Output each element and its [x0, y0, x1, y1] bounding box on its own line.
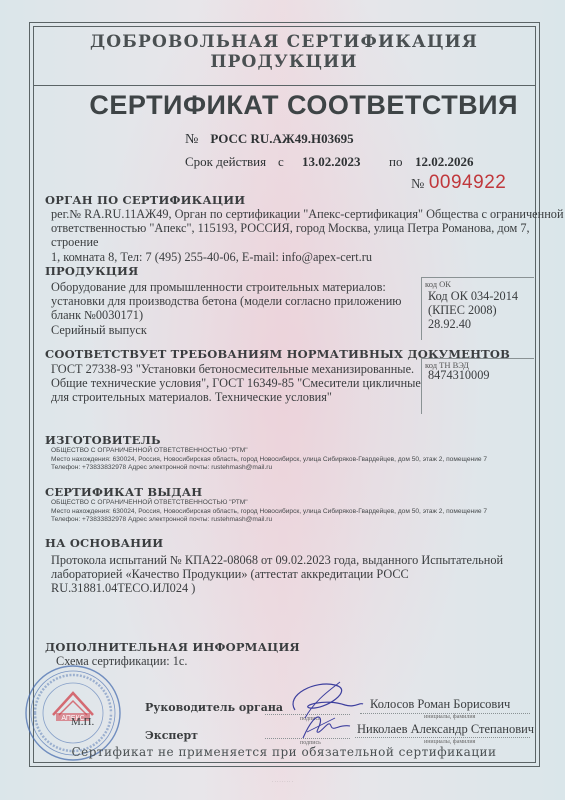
certificate-number-value: РОСС RU.АЖ49.Н03695	[210, 131, 353, 146]
blank-printer-imprint: · · · · · · · · ·	[0, 779, 565, 784]
issued-to-heading: СЕРТИФИКАТ ВЫДАН	[45, 485, 202, 499]
compliance-line: ГОСТ 27338-93 "Установки бетоносмеситель…	[51, 362, 421, 376]
certification-body-line: 1, комната 8, Тел: 7 (495) 255-40-06, E-…	[51, 250, 565, 264]
product-text: Оборудование для промышленности строител…	[51, 280, 402, 337]
certificate-title: СЕРТИФИКАТ СООТВЕТСТВИЯ	[33, 90, 518, 121]
ok-code-label: код ОК	[422, 278, 534, 289]
tnved-code-value: 8474310009	[422, 370, 534, 381]
certification-body-line: ответственностью "Апекс", 115193, РОССИЯ…	[51, 221, 565, 249]
serial-sign: №	[411, 177, 425, 192]
ok-code-box: код ОК Код ОК 034-2014 (КПЕС 2008) 28.92…	[421, 277, 534, 340]
certification-body-line: рег.№ RA.RU.11АЖ49, Орган по сертификаци…	[51, 207, 565, 221]
issued-to-line: Телефон: +73833832978 Адрес электронной …	[51, 516, 487, 525]
product-line: установки для производства бетона (модел…	[51, 294, 402, 308]
head-name-caption: инициалы, фамилия	[424, 714, 475, 720]
basis-line: лабораторией «Качество Продукции» (аттес…	[51, 567, 503, 581]
tnved-code-box: код ТН ВЭД 8474310009	[421, 358, 534, 414]
head-of-body-label: Руководитель органа	[145, 701, 283, 714]
basis-text: Протокола испытаний № КПА22-08068 от 09.…	[51, 553, 503, 596]
manufacturer-line: Телефон: +73833832978 Адрес электронной …	[51, 464, 487, 473]
compliance-line: для строительных материалов. Технические…	[51, 390, 421, 404]
product-line: бланк №0030171)	[51, 308, 402, 322]
basis-heading: НА ОСНОВАНИИ	[45, 536, 163, 550]
manufacturer-line: Место нахождения: 630024, Россия, Новоси…	[51, 456, 487, 465]
expert-signature-icon	[295, 712, 355, 742]
manufacturer-line: ОБЩЕСТВО С ОГРАНИЧЕННОЙ ОТВЕТСТВЕННОСТЬЮ…	[51, 447, 487, 456]
valid-to-date: 12.02.2026	[415, 154, 474, 170]
validity-label: Срок действия	[185, 154, 266, 170]
certification-body-text: рег.№ RA.RU.11АЖ49, Орган по сертификаци…	[51, 207, 565, 264]
number-sign: №	[185, 132, 198, 147]
issued-to-line: ОБЩЕСТВО С ОГРАНИЧЕННОЙ ОТВЕТСТВЕННОСТЬЮ…	[51, 499, 487, 508]
expert-name-line	[355, 737, 530, 738]
blank-serial-number: №0094922	[411, 172, 506, 194]
compliance-line: Общие технические условия", ГОСТ 16349-8…	[51, 376, 421, 390]
certificate-number: №РОСС RU.АЖ49.Н03695	[185, 131, 354, 148]
product-line: Оборудование для промышленности строител…	[51, 280, 402, 294]
mandatory-certification-note: Сертификат не применяется при обязательн…	[33, 745, 535, 759]
product-line: Серийный выпуск	[51, 323, 402, 337]
ok-code-line: (КПЕС 2008)	[422, 303, 534, 317]
product-heading: ПРОДУКЦИЯ	[45, 264, 138, 278]
basis-line: RU.31881.04ТЕСО.ИЛ024 )	[51, 581, 503, 595]
basis-line: Протокола испытаний № КПА22-08068 от 09.…	[51, 553, 503, 567]
certification-body-heading: ОРГАН ПО СЕРТИФИКАЦИИ	[45, 193, 245, 207]
manufacturer-text: ОБЩЕСТВО С ОГРАНИЧЕННОЙ ОТВЕТСТВЕННОСТЬЮ…	[51, 447, 487, 473]
head-of-body-name: Колосов Роман Борисович	[370, 697, 510, 712]
issued-to-line: Место нахождения: 630024, Россия, Новоси…	[51, 508, 487, 517]
ok-code-line: Код ОК 034-2014	[422, 289, 534, 303]
manufacturer-heading: ИЗГОТОВИТЕЛЬ	[45, 433, 161, 447]
to-label: по	[389, 154, 402, 170]
expert-name: Николаев Александр Степанович	[357, 722, 534, 737]
expert-label: Эксперт	[145, 729, 198, 742]
voluntary-certification-title: ДОБРОВОЛЬНАЯ СЕРТИФИКАЦИЯ ПРОДУКЦИИ	[33, 32, 535, 72]
valid-from-date: 13.02.2023	[302, 154, 361, 170]
stamp-place-label: М.П.	[71, 716, 94, 728]
compliance-text: ГОСТ 27338-93 "Установки бетоносмеситель…	[51, 362, 421, 405]
header-divider	[33, 85, 535, 86]
serial-number-value: 0094922	[429, 172, 506, 193]
ok-code-line: 28.92.40	[422, 317, 534, 331]
additional-info-heading: ДОПОЛНИТЕЛЬНАЯ ИНФОРМАЦИЯ	[45, 640, 300, 654]
from-label: с	[278, 154, 284, 170]
issued-to-text: ОБЩЕСТВО С ОГРАНИЧЕННОЙ ОТВЕТСТВЕННОСТЬЮ…	[51, 499, 487, 525]
